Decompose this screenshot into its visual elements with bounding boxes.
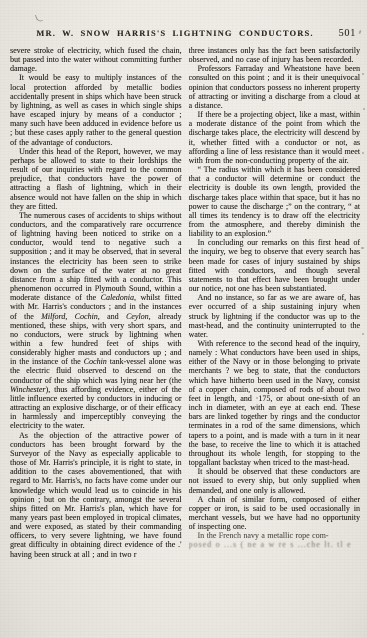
scan-speck — [362, 152, 364, 154]
scan-speck — [361, 247, 364, 249]
paragraph: severe stroke of electricity, which fuse… — [10, 46, 182, 73]
paragraph: three instances only has the fact been s… — [189, 46, 361, 64]
paragraph: “ The radius within which it has been co… — [189, 165, 361, 238]
paragraph: It would be easy to multiply instances o… — [10, 73, 182, 146]
paragraph: If there be a projecting object, like a … — [189, 110, 361, 165]
page-number: 501 — [339, 28, 356, 39]
paragraph: posed o ...s ( ne a w re s ...che lt. tl… — [189, 540, 361, 549]
paragraph: In concluding our remarks on this first … — [189, 238, 361, 293]
scan-artifact-curl — [35, 13, 43, 22]
scan-speck — [362, 73, 364, 75]
scan-speck — [362, 333, 364, 335]
paragraph: A chain of similar form, composed of eit… — [189, 495, 361, 532]
running-header: MR. W. SNOW HARRIS'S LIGHTNING CONDUCTOR… — [10, 29, 360, 41]
paragraph: It should be observed that these conduct… — [189, 467, 361, 494]
column-right: three instances only has the fact been s… — [189, 46, 361, 632]
paragraph: And no instance, so far as we are aware … — [189, 293, 361, 339]
paragraph: Under this head of the Report, however, … — [10, 147, 182, 211]
paragraph: The numerous cases of accidents to ships… — [10, 211, 182, 431]
scan-speck — [363, 108, 365, 110]
header-title: MR. W. SNOW HARRIS'S LIGHTNING CONDUCTOR… — [10, 29, 340, 38]
paragraph: As the objection of the attractive power… — [10, 431, 182, 559]
scanned-page: MR. W. SNOW HARRIS'S LIGHTNING CONDUCTOR… — [0, 0, 367, 638]
column-left: severe stroke of electricity, which fuse… — [10, 46, 182, 632]
paragraph: Professors Farraday and Wheatstone have … — [189, 64, 361, 110]
paragraph: In the French navy a metallic rope com- — [189, 531, 361, 540]
paragraph: With reference to the second head of the… — [189, 339, 361, 467]
text-columns: severe stroke of electricity, which fuse… — [10, 46, 360, 632]
